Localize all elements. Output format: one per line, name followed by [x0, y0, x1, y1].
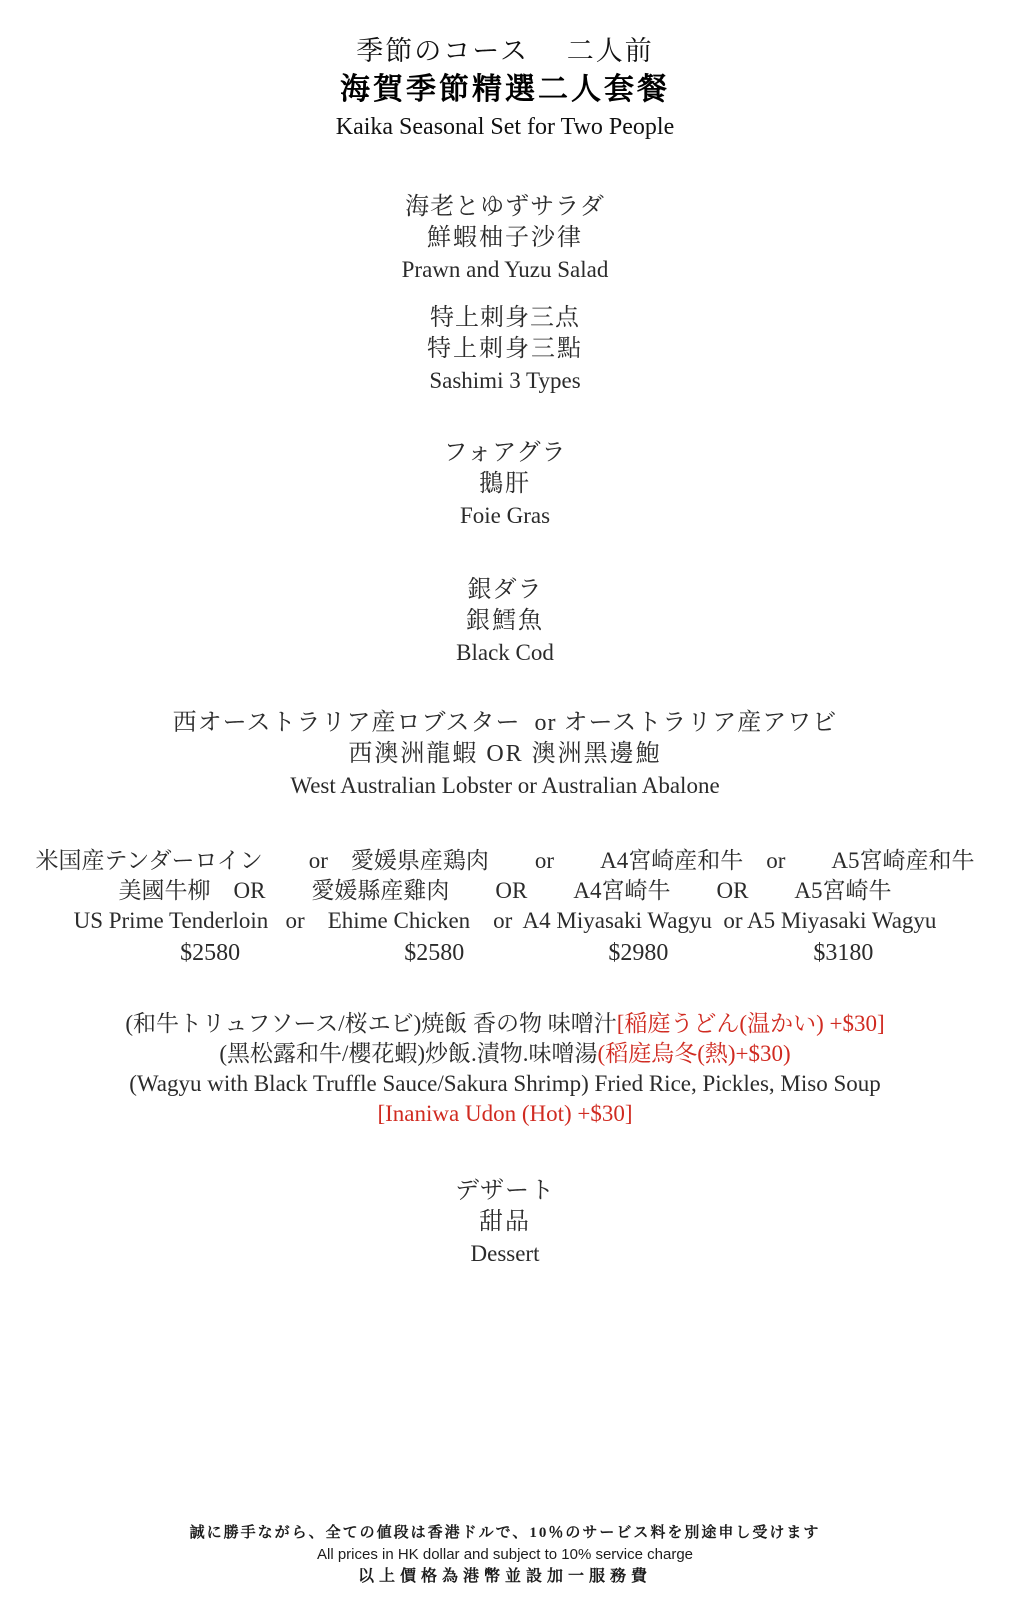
title-japanese: 季節のコース 二人前 [0, 32, 1010, 70]
price-a4-wagyu: $2980 [608, 940, 668, 967]
course-sashimi: 特上刺身三点 特上刺身三點 Sashimi 3 Types [0, 303, 1010, 396]
course-line-english: Black Cod [0, 637, 1010, 668]
course-foie-gras: フォアグラ 鵝肝 Foie Gras [0, 438, 1010, 531]
rice-japanese-udon-option: [稲庭うどん(温かい) +$30] [617, 1011, 885, 1036]
course-prawn-yuzu-salad: 海老とゆずサラダ 鮮蝦柚子沙律 Prawn and Yuzu Salad [0, 192, 1010, 285]
course-line-english: Dessert [0, 1238, 1010, 1269]
course-line-japanese: 特上刺身三点 [0, 303, 1010, 334]
price-a5-wagyu: $3180 [813, 940, 873, 967]
course-line-chinese: 甜品 [0, 1207, 1010, 1238]
course-line-english: Prawn and Yuzu Salad [0, 254, 1010, 285]
course-line-japanese: 西オーストラリア産ロブスター or オーストラリア産アワビ [0, 708, 1010, 739]
menu-title: 季節のコース 二人前 海賀季節精選二人套餐 Kaika Seasonal Set… [0, 32, 1010, 144]
course-line-japanese: 銀ダラ [0, 575, 1010, 606]
course-line-english: West Australian Lobster or Australian Ab… [0, 770, 1010, 801]
title-english: Kaika Seasonal Set for Two People [0, 110, 1010, 144]
course-line-chinese: 特上刺身三點 [0, 334, 1010, 365]
footer-english-note: All prices in HK dollar and subject to 1… [0, 1544, 1010, 1565]
rice-line-english: (Wagyu with Black Truffle Sauce/Sakura S… [0, 1069, 1010, 1099]
course-line-english: Sashimi 3 Types [0, 365, 1010, 396]
course-dessert: デザート 甜品 Dessert [0, 1176, 1010, 1269]
footer-chinese-note: 以上價格為港幣並設加一服務費 [0, 1565, 1010, 1589]
main-course-prices: $2580 $2580 $2980 $3180 [0, 940, 1010, 974]
footer-notes: 誠に勝手ながら、全ての値段は香港ドルで、10％のサービス料を別途申し受けます A… [0, 1522, 1010, 1589]
title-chinese: 海賀季節精選二人套餐 [0, 70, 1010, 110]
course-line-chinese: 銀鱈魚 [0, 606, 1010, 637]
course-line-chinese: 鵝肝 [0, 469, 1010, 500]
footer-japanese-note: 誠に勝手ながら、全ての値段は香港ドルで、10％のサービス料を別途申し受けます [0, 1522, 1010, 1544]
course-main-choices: 米国産テンダーロイン or 愛媛県産鶏肉 or A4宮崎産和牛 or A5宮崎産… [0, 846, 1010, 974]
rice-japanese-main: (和牛トリュフソース/桜エビ)焼飯 香の物 味噌汁 [125, 1011, 616, 1036]
main-course-japanese: 米国産テンダーロイン or 愛媛県産鶏肉 or A4宮崎産和牛 or A5宮崎産… [0, 846, 1010, 876]
main-course-chinese: 美國牛柳 OR 愛媛縣産雞肉 OR A4宮崎牛 OR A5宮崎牛 [0, 876, 1010, 906]
course-line-chinese: 鮮蝦柚子沙律 [0, 223, 1010, 254]
menu-page: 季節のコース 二人前 海賀季節精選二人套餐 Kaika Seasonal Set… [0, 0, 1010, 1600]
main-course-english: US Prime Tenderloin or Ehime Chicken or … [0, 906, 1010, 936]
course-line-english: Foie Gras [0, 500, 1010, 531]
course-black-cod: 銀ダラ 銀鱈魚 Black Cod [0, 575, 1010, 668]
course-lobster-abalone: 西オーストラリア産ロブスター or オーストラリア産アワビ 西澳洲龍蝦 OR 澳… [0, 708, 1010, 801]
rice-line-chinese: (黑松露和牛/櫻花蝦)炒飯.漬物.味噌湯(稻庭烏冬(熱)+$30) [0, 1039, 1010, 1069]
course-line-japanese: 海老とゆずサラダ [0, 192, 1010, 223]
course-fried-rice: (和牛トリュフソース/桜エビ)焼飯 香の物 味噌汁[稲庭うどん(温かい) +$3… [0, 1009, 1010, 1129]
course-line-japanese: フォアグラ [0, 438, 1010, 469]
rice-chinese-udon-option: (稻庭烏冬(熱)+$30) [598, 1041, 791, 1066]
rice-english-udon-option: [Inaniwa Udon (Hot) +$30] [0, 1099, 1010, 1129]
price-tenderloin: $2580 [180, 940, 240, 967]
rice-line-japanese: (和牛トリュフソース/桜エビ)焼飯 香の物 味噌汁[稲庭うどん(温かい) +$3… [0, 1009, 1010, 1039]
price-chicken: $2580 [404, 940, 464, 967]
course-line-chinese: 西澳洲龍蝦 OR 澳洲黑邊鮑 [0, 739, 1010, 770]
course-line-japanese: デザート [0, 1176, 1010, 1207]
rice-chinese-main: (黑松露和牛/櫻花蝦)炒飯.漬物.味噌湯 [219, 1041, 597, 1066]
